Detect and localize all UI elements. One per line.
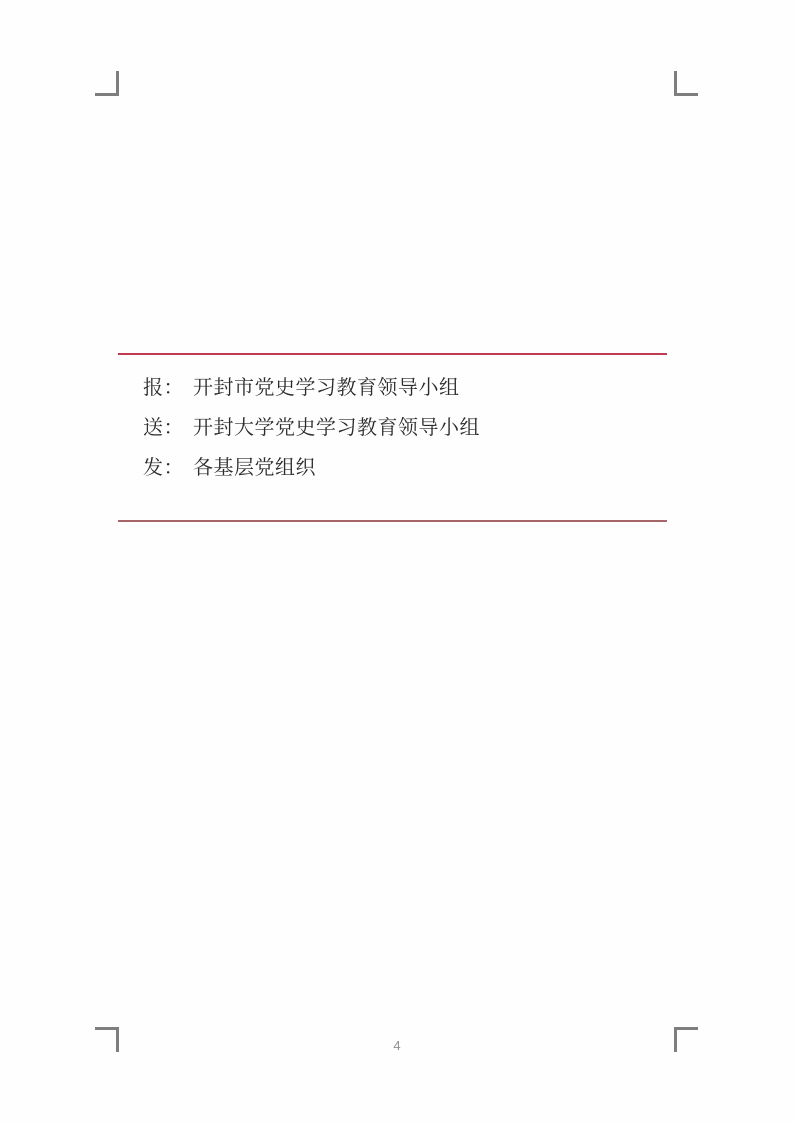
distribution-row: 报：开封市党史学习教育领导小组 [143,368,663,408]
crop-mark-top-left-icon [95,71,119,96]
distribution-row: 送：开封大学党史学习教育领导小组 [143,408,663,448]
distribution-label: 送： [143,417,184,439]
distribution-label: 报： [143,377,184,399]
distribution-value: 各基层党组织 [193,457,316,479]
colophon-rule-top [118,353,667,355]
distribution-row: 发：各基层党组织 [143,448,663,488]
distribution-value: 开封大学党史学习教育领导小组 [193,417,480,439]
document-page: 报：开封市党史学习教育领导小组 送：开封大学党史学习教育领导小组 发：各基层党组… [0,0,794,1123]
crop-mark-top-right-icon [674,71,698,96]
distribution-value: 开封市党史学习教育领导小组 [193,377,460,399]
distribution-label: 发： [143,457,184,479]
distribution-block: 报：开封市党史学习教育领导小组 送：开封大学党史学习教育领导小组 发：各基层党组… [143,368,663,488]
page-number: 4 [0,1038,794,1053]
colophon-rule-bottom [118,520,667,522]
